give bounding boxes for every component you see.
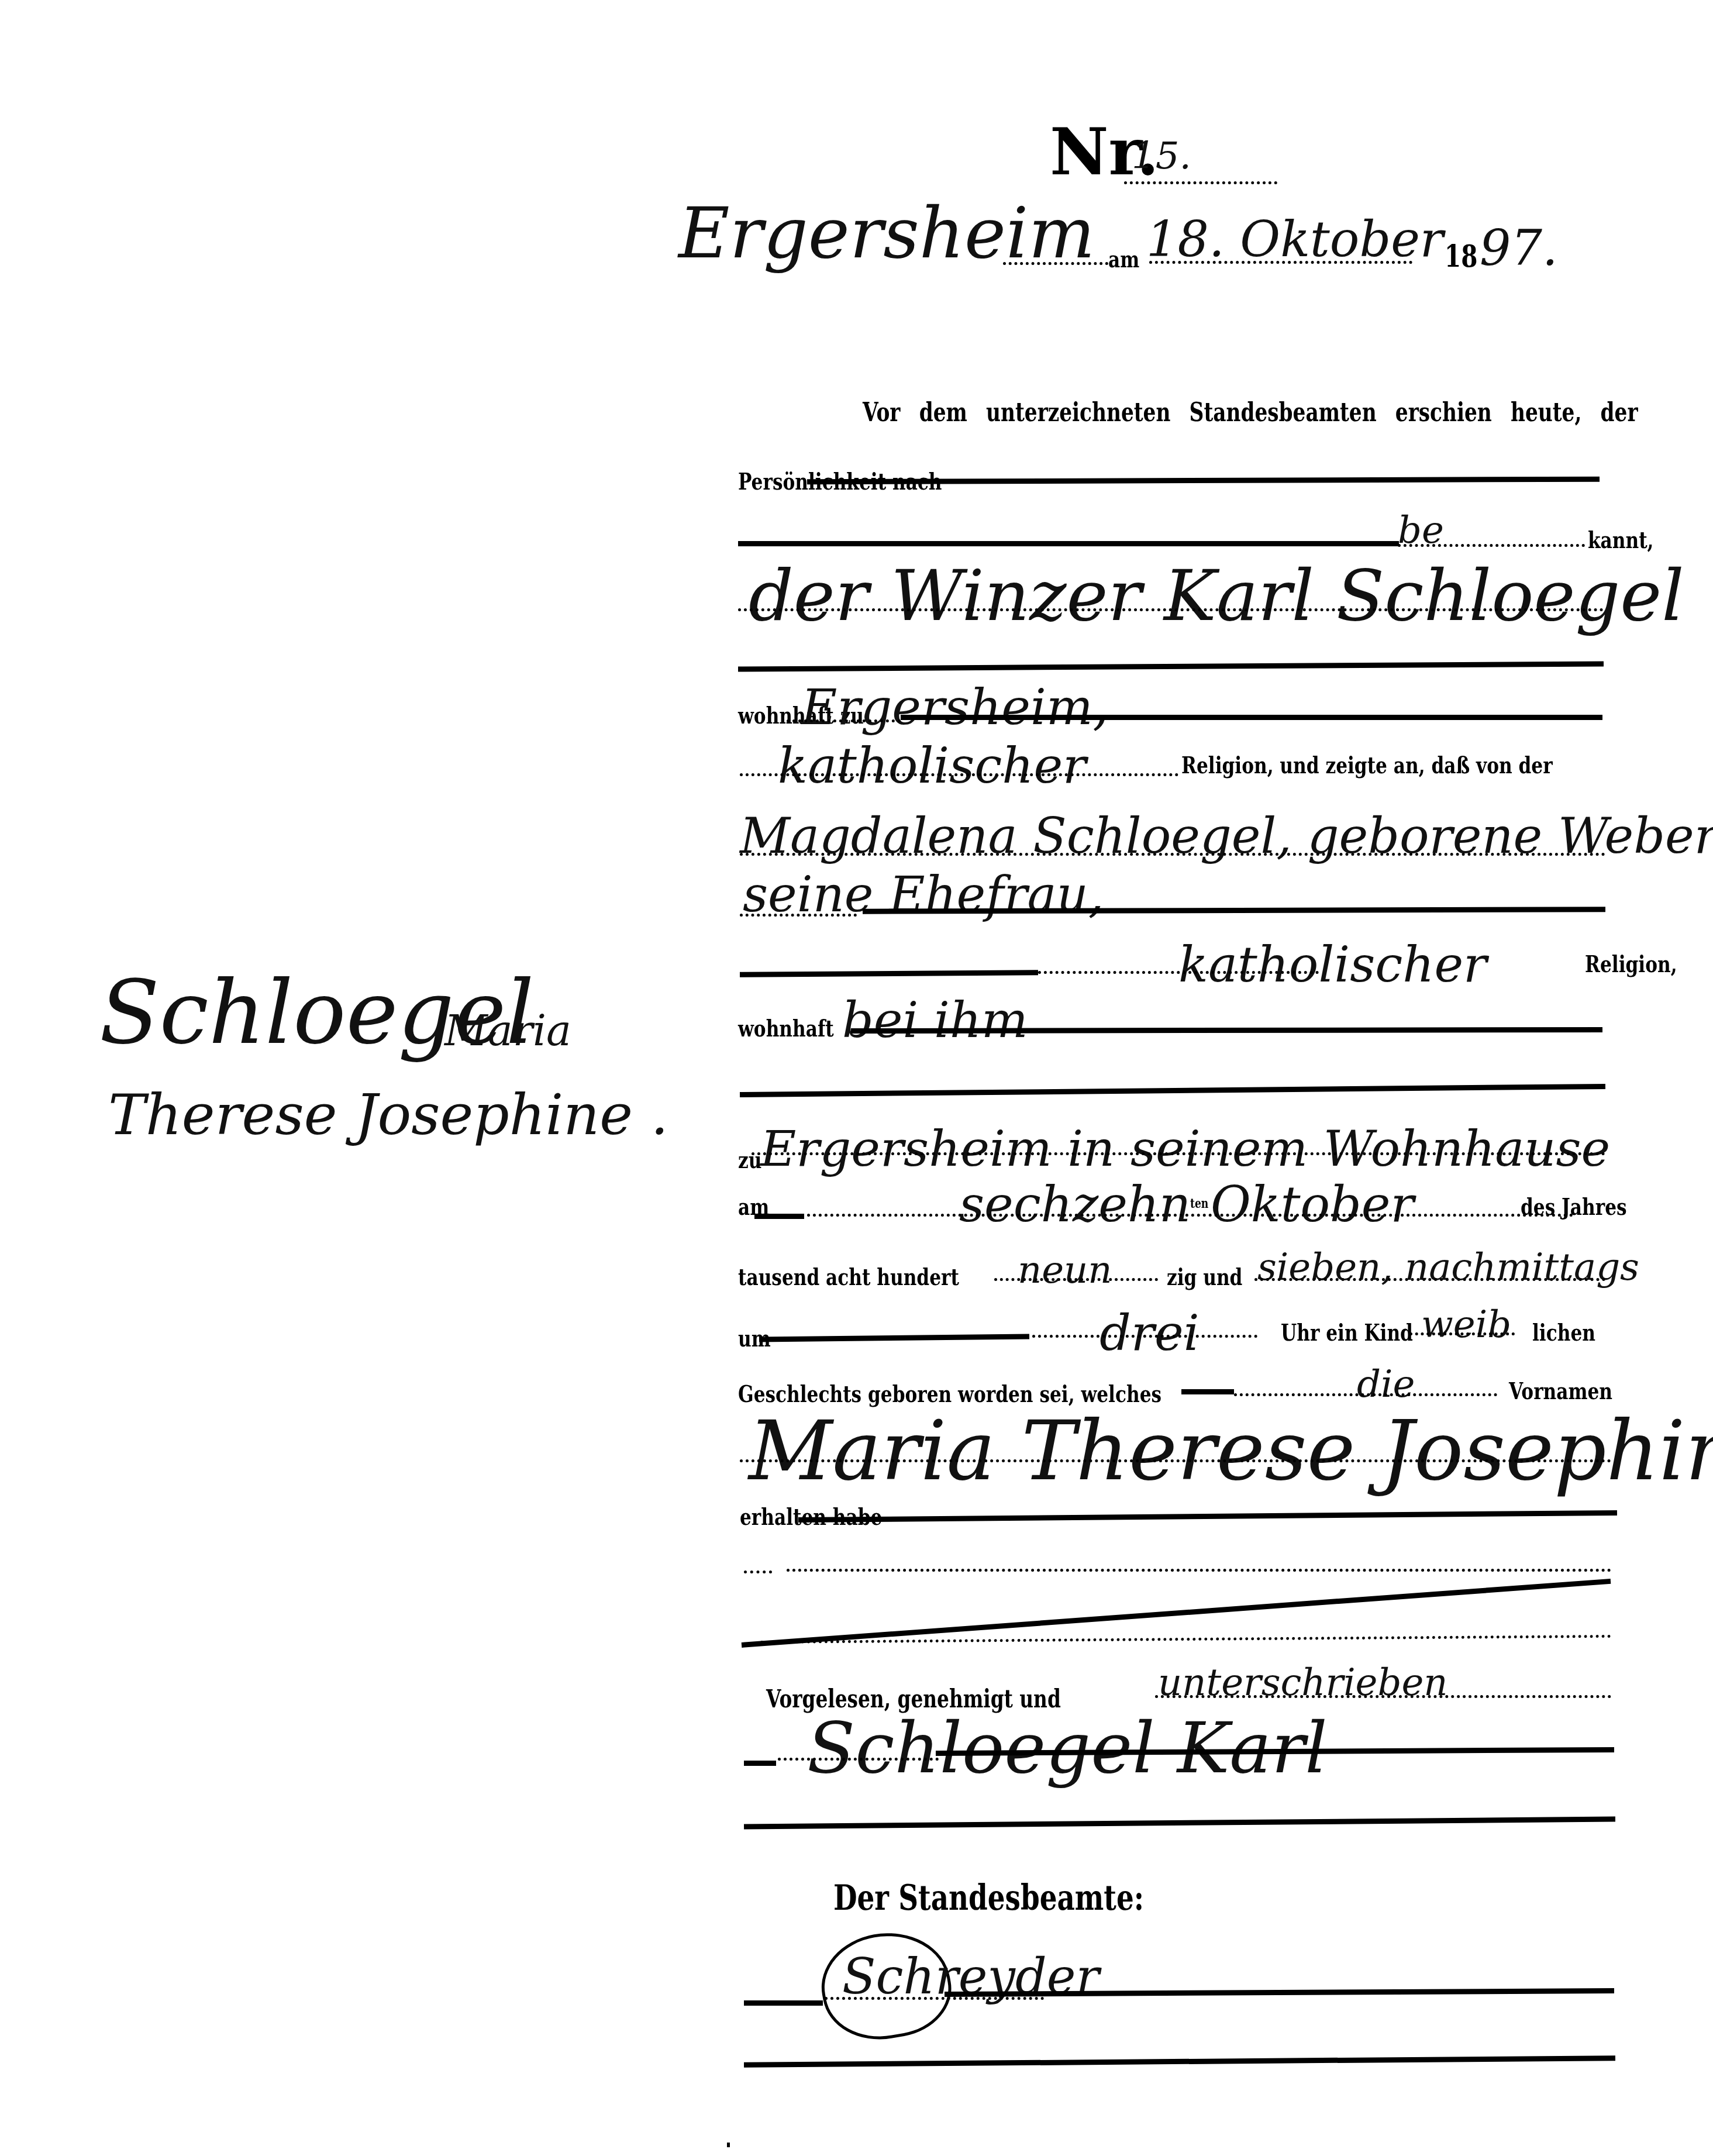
year-line-prefix: tausend acht hundert — [738, 1263, 959, 1291]
declarant-signature-dots — [778, 1758, 939, 1761]
time-blank-line — [759, 1334, 1029, 1342]
margin-given-name: Maria — [444, 1006, 571, 1055]
declarant-extra-signature-line — [744, 1816, 1615, 1829]
declarant-line — [738, 608, 1604, 611]
religion-text-2: Religion, — [1585, 950, 1677, 978]
date-line — [1149, 261, 1412, 264]
decade-line — [994, 1278, 1158, 1281]
year-label: des Jahres — [1521, 1193, 1627, 1221]
residence-value: Ergersheim, — [801, 679, 1108, 736]
religion-text-1: Religion, und zeigte an, daß von der — [1181, 752, 1553, 779]
decade-value: neun — [1018, 1249, 1112, 1292]
religion-2-dots — [1038, 971, 1319, 974]
mother-line-2 — [863, 907, 1605, 914]
place-line — [1003, 262, 1108, 265]
known-dots — [1398, 544, 1585, 547]
decade-suffix: zig und — [1167, 1263, 1242, 1291]
religion-value-2: katholischer — [1178, 936, 1487, 993]
religion-2-blank — [740, 970, 1038, 977]
birthplace-line — [752, 1152, 1605, 1155]
blank-dots-short — [744, 1570, 772, 1573]
day-line — [807, 1214, 1573, 1217]
month-value: Oktober — [1211, 1176, 1414, 1233]
sex-value: weib — [1421, 1303, 1511, 1346]
registrar-extra-line — [744, 2055, 1615, 2068]
registrar-line-left — [744, 2000, 823, 2006]
date-prefix: am — [1108, 246, 1139, 273]
record-number-value: 15. — [1132, 135, 1191, 178]
mother-residence-line — [851, 1027, 1602, 1034]
mother-line-1 — [740, 853, 1605, 856]
names-label: Vornamen — [1509, 1377, 1612, 1405]
date-value: 18. Oktober — [1146, 211, 1443, 268]
sex-line — [1409, 1332, 1515, 1335]
religion-value-1: katholischer — [778, 737, 1086, 794]
known-suffix: kannt, — [1588, 526, 1653, 554]
time-value: drei — [1100, 1304, 1200, 1362]
unit-value: sieben, nachmittags — [1257, 1246, 1639, 1289]
unit-line — [1254, 1278, 1605, 1281]
day-value: sechzehn — [959, 1176, 1191, 1233]
margin-names-line2: Therese Josephine . — [108, 1082, 668, 1148]
religion-1-dots — [740, 773, 1178, 776]
birthplace-label: zu — [738, 1146, 761, 1174]
read-line — [1155, 1695, 1611, 1698]
day-blank-line — [754, 1214, 804, 1219]
received-line — [798, 1510, 1617, 1523]
declarant-extra-line — [738, 661, 1604, 671]
registrar-label: Der Standesbeamte: — [833, 1878, 1144, 1919]
names-line — [1234, 1393, 1497, 1396]
birth-register-page: Nr. 15. Ergersheim am 18. Oktober 18 97.… — [0, 0, 1713, 2156]
birthplace-value: Ergersheim in seinem Wohnhause — [760, 1120, 1610, 1177]
mother-residence-extra-line — [740, 1084, 1605, 1097]
names-value: die — [1357, 1363, 1415, 1406]
mother-line-2-dots — [740, 914, 857, 917]
year-prefix: 18 — [1445, 239, 1477, 274]
residence-dots — [787, 719, 901, 722]
mother-residence-value: bei ihm — [842, 991, 1028, 1049]
declarant-signature-line-left — [744, 1761, 776, 1766]
blank-dots-long — [787, 1569, 1611, 1572]
sex-suffix: lichen — [1532, 1319, 1595, 1346]
mother-name: Magdalena Schloegel, geborene Weber, — [740, 807, 1713, 865]
day-suffix: ten — [1190, 1196, 1208, 1211]
known-blank-line — [738, 541, 1399, 546]
child-given-names: Maria Therese Josephine — [749, 1404, 1713, 1499]
residence-line — [901, 715, 1602, 720]
intro-text: Vor dem unterzeichneten Standesbeamten e… — [863, 398, 1638, 428]
time-line — [1032, 1335, 1257, 1338]
declarant-name: der Winzer Karl Schloegel — [749, 556, 1684, 637]
record-number-line — [1124, 181, 1277, 184]
registrar-dots — [825, 1997, 1044, 2000]
mother-residence-label: wohnhaft — [738, 1015, 834, 1042]
year-suffix: 97. — [1480, 219, 1558, 277]
gender-blank-line — [1181, 1389, 1234, 1394]
child-text: Uhr ein Kind — [1281, 1319, 1413, 1346]
ink-speck — [727, 2143, 730, 2147]
child-names-line — [740, 1459, 1611, 1462]
